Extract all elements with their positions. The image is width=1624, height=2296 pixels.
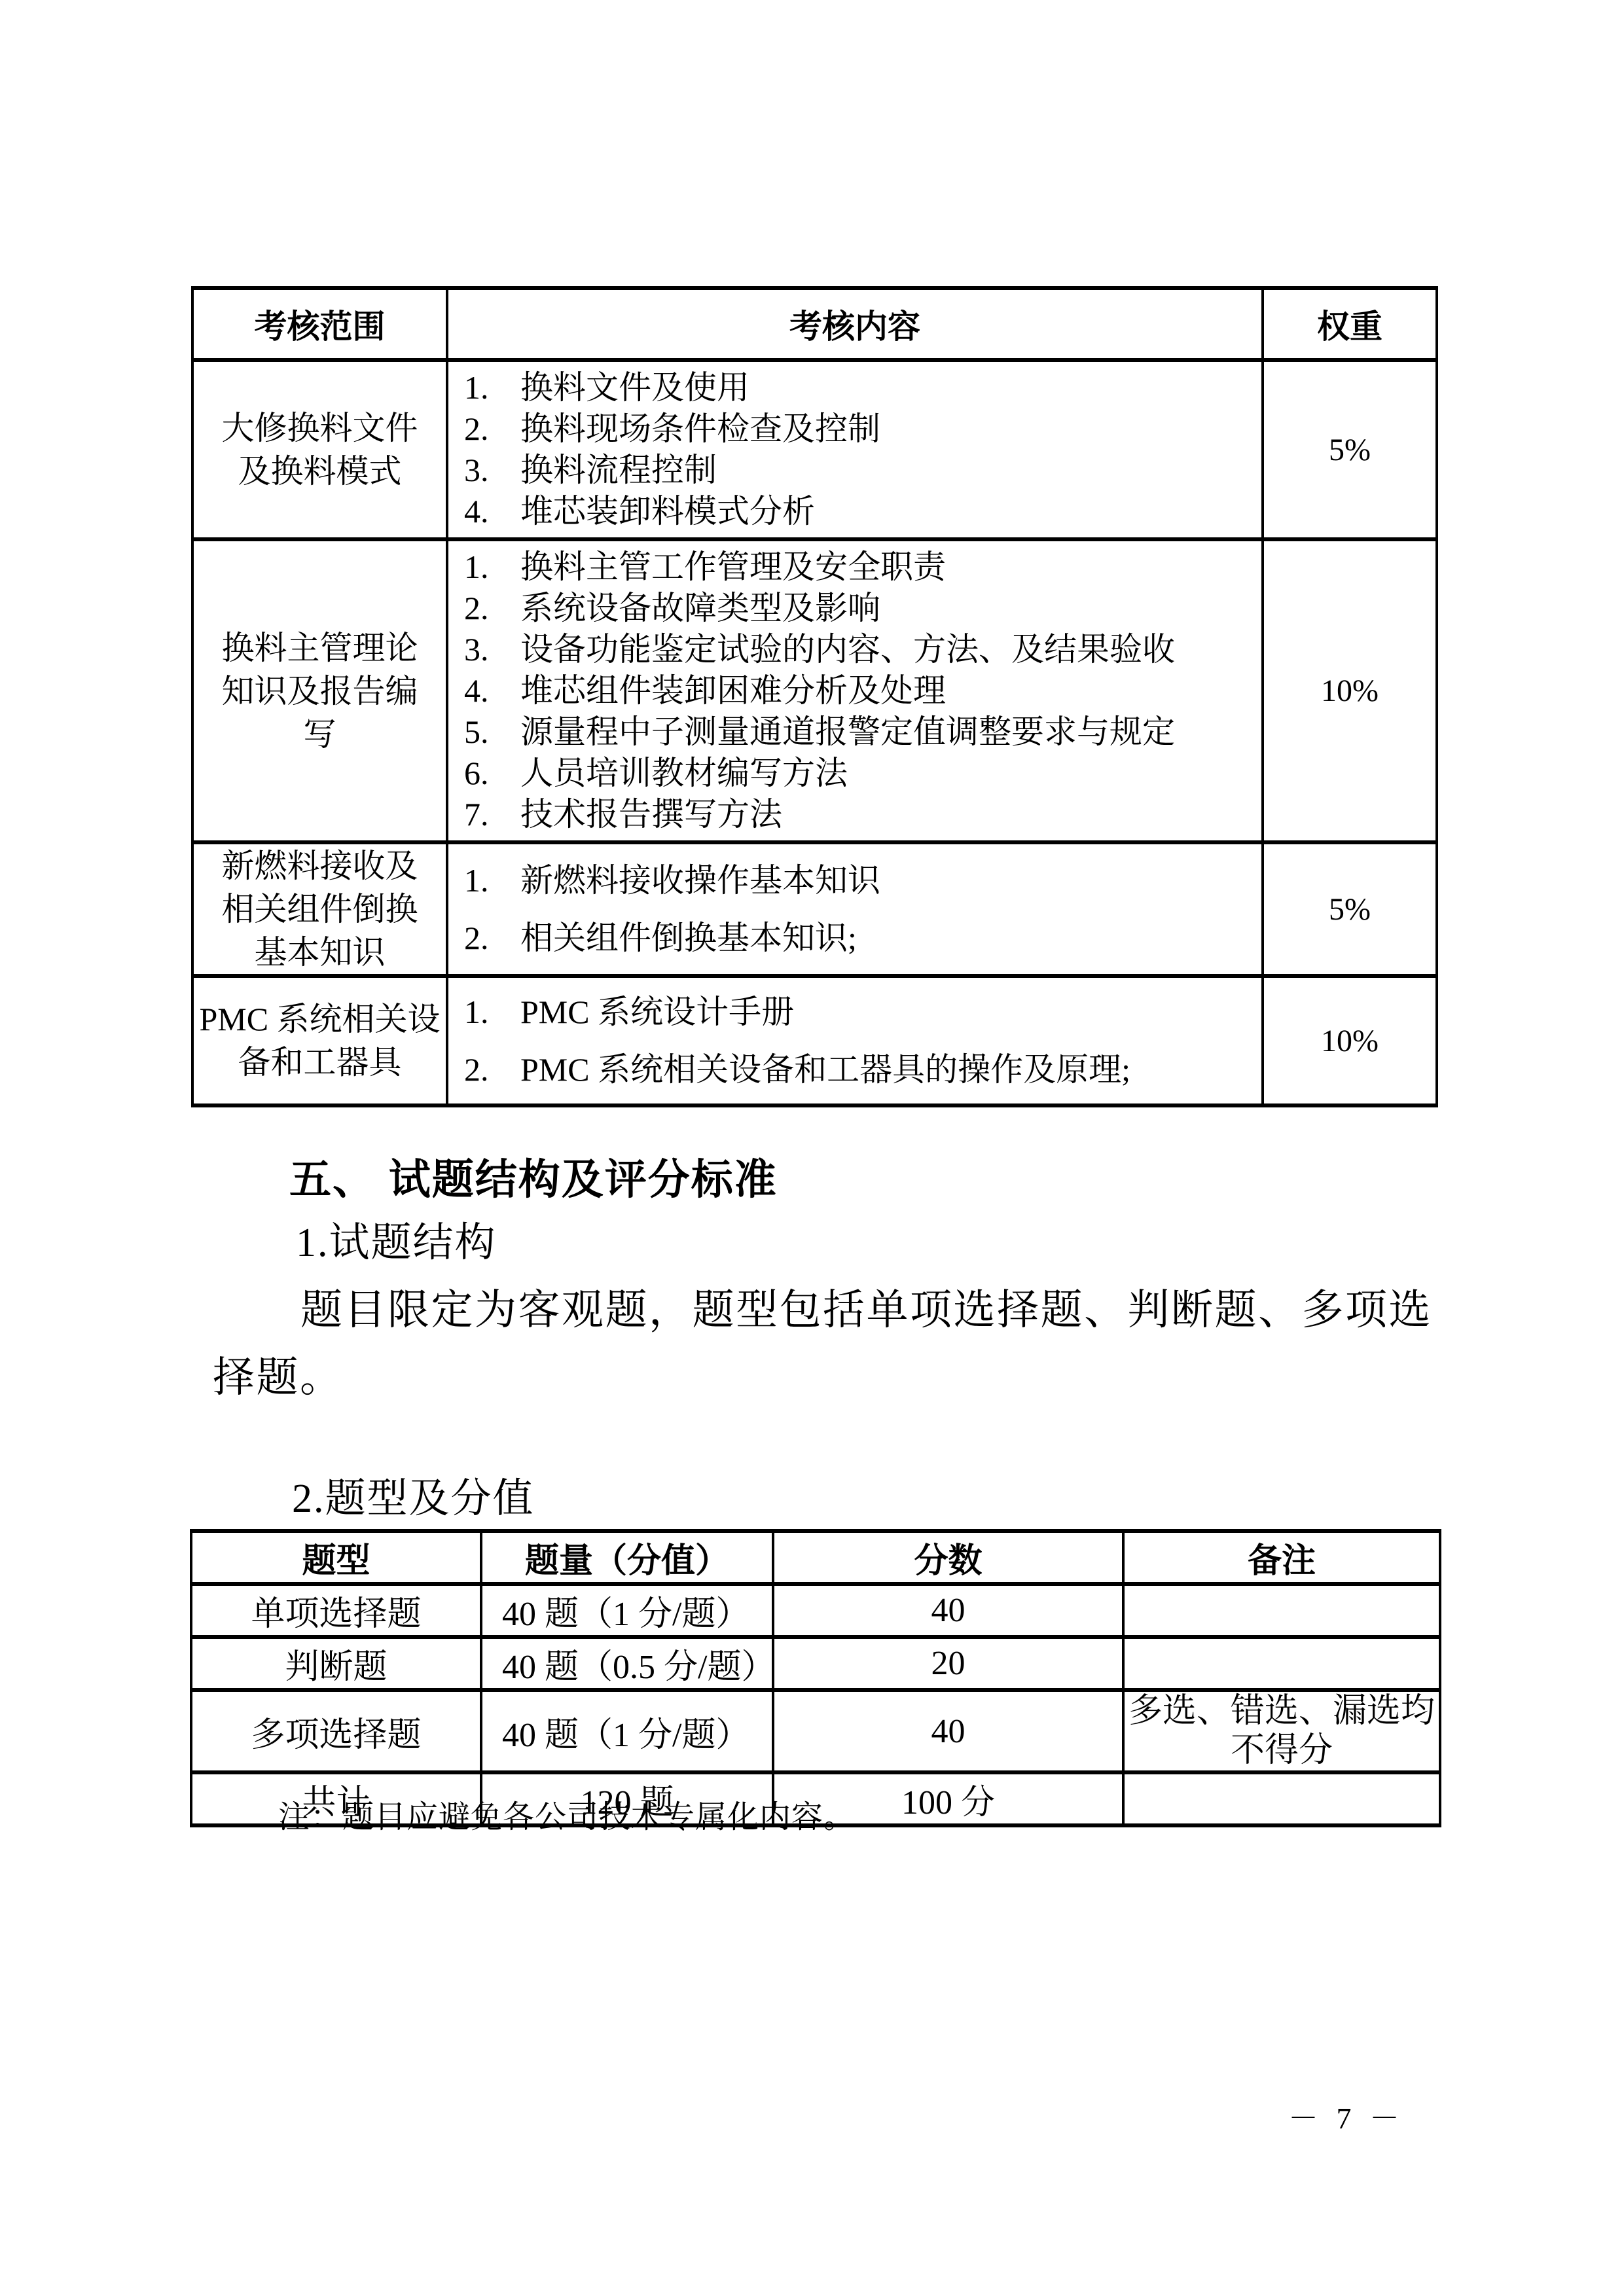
weight-cell: 10% <box>1263 539 1437 842</box>
page-number: － 7 － <box>1288 2104 1405 2134</box>
question-type-header-3: 备注 <box>1123 1531 1440 1584</box>
question-type-row: 多项选择题40 题（1 分/题）40多选、错选、漏选均 不得分 <box>191 1690 1440 1772</box>
content-item: 2.相关组件倒换基本知识; <box>464 909 1251 967</box>
item-text: 源量程中子测量通道报警定值调整要求与规定 <box>520 711 1175 753</box>
item-number: 2. <box>464 909 520 967</box>
item-number: 1. <box>464 367 520 408</box>
content-cell: 1.换料文件及使用2.换料现场条件检查及控制3.换料流程控制4.堆芯装卸料模式分… <box>447 360 1263 539</box>
quantity-cell: 40 题（1 分/题） <box>481 1690 773 1772</box>
quantity-cell: 40 题（0.5 分/题） <box>481 1637 773 1690</box>
exam-scope-header-0: 考核范围 <box>192 288 447 360</box>
content-item: 1.换料主管工作管理及安全职责 <box>464 547 1251 588</box>
content-item: 1.PMC 系统设计手册 <box>464 983 1251 1041</box>
content-item: 1.换料文件及使用 <box>464 367 1251 408</box>
item-number: 5. <box>464 711 520 753</box>
exam-scope-row: 新燃料接收及 相关组件倒换 基本知识1.新燃料接收操作基本知识2.相关组件倒换基… <box>192 842 1437 976</box>
question-type-header-row: 题型题量（分值）分数备注 <box>191 1531 1440 1584</box>
item-number: 2. <box>464 1041 520 1098</box>
item-number: 1. <box>464 983 520 1041</box>
section-paragraph: 题目限定为客观题，题型包括单项选择题、判断题、多项选 择题。 <box>213 1276 1443 1411</box>
question-type-header-2: 分数 <box>773 1531 1123 1584</box>
content-item: 3.换料流程控制 <box>464 450 1251 491</box>
item-text: 堆芯装卸料模式分析 <box>520 491 815 532</box>
score-cell: 40 <box>773 1584 1123 1637</box>
scope-cell: 大修换料文件 及换料模式 <box>192 360 447 539</box>
question-type-row: 判断题40 题（0.5 分/题）20 <box>191 1637 1440 1690</box>
remark-cell: 多选、错选、漏选均 不得分 <box>1123 1690 1440 1772</box>
section-heading: 五、 试题结构及评分标准 <box>289 1158 778 1200</box>
item-text: 换料现场条件检查及控制 <box>520 408 880 450</box>
weight-cell: 10% <box>1263 976 1437 1105</box>
type-cell: 单项选择题 <box>191 1584 481 1637</box>
item-number: 2. <box>464 588 520 629</box>
item-text: 技术报告撰写方法 <box>520 794 782 835</box>
type-cell: 多项选择题 <box>191 1690 481 1772</box>
exam-scope-table: 考核范围考核内容权重 大修换料文件 及换料模式1.换料文件及使用2.换料现场条件… <box>191 286 1438 1107</box>
content-cell: 1.PMC 系统设计手册2.PMC 系统相关设备和工器具的操作及原理; <box>447 976 1263 1105</box>
content-item: 1.新燃料接收操作基本知识 <box>464 852 1251 909</box>
question-type-table: 题型题量（分值）分数备注 单项选择题40 题（1 分/题）40判断题40 题（0… <box>190 1529 1441 1827</box>
exam-scope-header-row: 考核范围考核内容权重 <box>192 288 1437 360</box>
exam-scope-row: PMC 系统相关设 备和工器具1.PMC 系统设计手册2.PMC 系统相关设备和… <box>192 976 1437 1105</box>
remark-cell <box>1123 1584 1440 1637</box>
content-item: 3.设备功能鉴定试验的内容、方法、及结果验收 <box>464 629 1251 670</box>
item-text: PMC 系统相关设备和工器具的操作及原理; <box>520 1041 1130 1098</box>
content-item: 4.堆芯组件装卸困难分析及处理 <box>464 670 1251 711</box>
item-number: 1. <box>464 852 520 909</box>
remark-cell <box>1123 1637 1440 1690</box>
item-text: PMC 系统设计手册 <box>520 983 794 1041</box>
remark-cell <box>1123 1772 1440 1825</box>
item-text: 人员培训教材编写方法 <box>520 753 848 794</box>
question-type-row: 单项选择题40 题（1 分/题）40 <box>191 1584 1440 1637</box>
item-text: 换料主管工作管理及安全职责 <box>520 547 946 588</box>
item-text: 换料文件及使用 <box>520 367 749 408</box>
exam-scope-table-body: 大修换料文件 及换料模式1.换料文件及使用2.换料现场条件检查及控制3.换料流程… <box>192 360 1437 1105</box>
content-item: 5.源量程中子测量通道报警定值调整要求与规定 <box>464 711 1251 753</box>
section-item-2: 2.题型及分值 <box>292 1479 535 1519</box>
quantity-cell: 40 题（1 分/题） <box>481 1584 773 1637</box>
scope-cell: 新燃料接收及 相关组件倒换 基本知识 <box>192 842 447 976</box>
score-cell: 40 <box>773 1690 1123 1772</box>
item-number: 7. <box>464 794 520 835</box>
exam-scope-header-2: 权重 <box>1263 288 1437 360</box>
section-item-1: 1.试题结构 <box>296 1223 497 1263</box>
content-item: 6.人员培训教材编写方法 <box>464 753 1251 794</box>
type-cell: 判断题 <box>191 1637 481 1690</box>
note-text: 注：题目应避免各公司技术专属化内容。 <box>278 1799 856 1837</box>
item-text: 系统设备故障类型及影响 <box>520 588 880 629</box>
exam-scope-header-1: 考核内容 <box>447 288 1263 360</box>
item-number: 1. <box>464 547 520 588</box>
content-item: 7.技术报告撰写方法 <box>464 794 1251 835</box>
exam-scope-row: 换料主管理论 知识及报告编 写1.换料主管工作管理及安全职责2.系统设备故障类型… <box>192 539 1437 842</box>
content-item: 2.换料现场条件检查及控制 <box>464 408 1251 450</box>
item-text: 相关组件倒换基本知识; <box>520 909 857 967</box>
question-type-header-1: 题量（分值） <box>481 1531 773 1584</box>
weight-cell: 5% <box>1263 842 1437 976</box>
scope-cell: PMC 系统相关设 备和工器具 <box>192 976 447 1105</box>
exam-scope-row: 大修换料文件 及换料模式1.换料文件及使用2.换料现场条件检查及控制3.换料流程… <box>192 360 1437 539</box>
item-number: 3. <box>464 450 520 491</box>
content-item: 2.系统设备故障类型及影响 <box>464 588 1251 629</box>
question-type-header-0: 题型 <box>191 1531 481 1584</box>
exam-scope-table-head: 考核范围考核内容权重 <box>192 288 1437 360</box>
score-cell: 20 <box>773 1637 1123 1690</box>
item-text: 换料流程控制 <box>520 450 717 491</box>
question-type-table-body: 单项选择题40 题（1 分/题）40判断题40 题（0.5 分/题）20多项选择… <box>191 1584 1440 1825</box>
item-number: 4. <box>464 491 520 532</box>
item-text: 新燃料接收操作基本知识 <box>520 852 880 909</box>
item-text: 设备功能鉴定试验的内容、方法、及结果验收 <box>520 629 1175 670</box>
content-cell: 1.换料主管工作管理及安全职责2.系统设备故障类型及影响3.设备功能鉴定试验的内… <box>447 539 1263 842</box>
item-number: 2. <box>464 408 520 450</box>
item-text: 堆芯组件装卸困难分析及处理 <box>520 670 946 711</box>
item-number: 3. <box>464 629 520 670</box>
scope-cell: 换料主管理论 知识及报告编 写 <box>192 539 447 842</box>
document-page: 考核范围考核内容权重 大修换料文件 及换料模式1.换料文件及使用2.换料现场条件… <box>0 0 1624 2296</box>
content-item: 4.堆芯装卸料模式分析 <box>464 491 1251 532</box>
question-type-table-head: 题型题量（分值）分数备注 <box>191 1531 1440 1584</box>
weight-cell: 5% <box>1263 360 1437 539</box>
item-number: 6. <box>464 753 520 794</box>
content-cell: 1.新燃料接收操作基本知识2.相关组件倒换基本知识; <box>447 842 1263 976</box>
content-item: 2.PMC 系统相关设备和工器具的操作及原理; <box>464 1041 1251 1098</box>
item-number: 4. <box>464 670 520 711</box>
